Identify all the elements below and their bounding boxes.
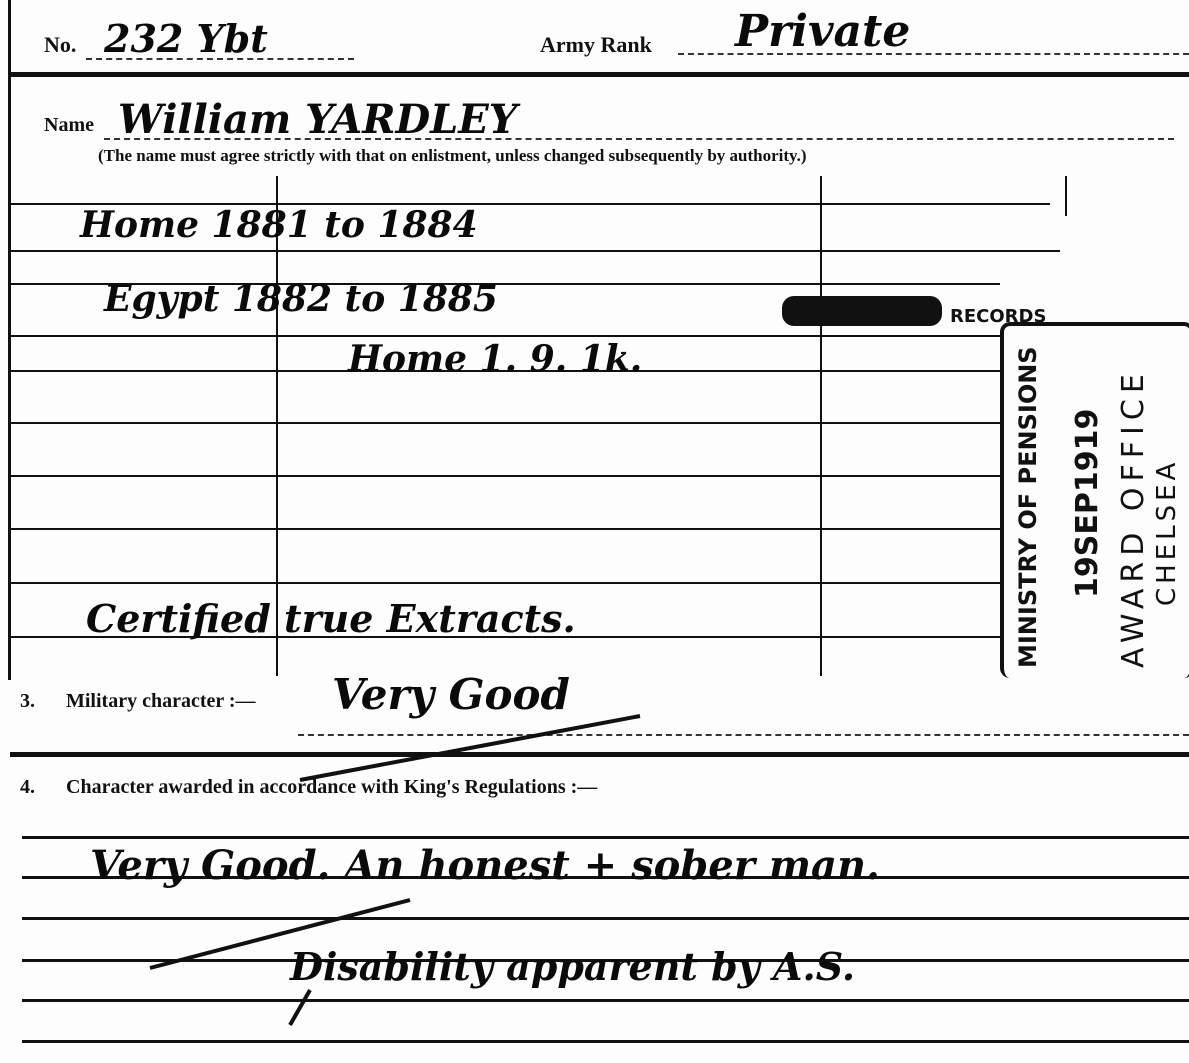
service-record-card: No. 232 Ybt Army Rank Private Name Willi… (0, 0, 1189, 1063)
pen-strokes (0, 0, 1189, 1063)
